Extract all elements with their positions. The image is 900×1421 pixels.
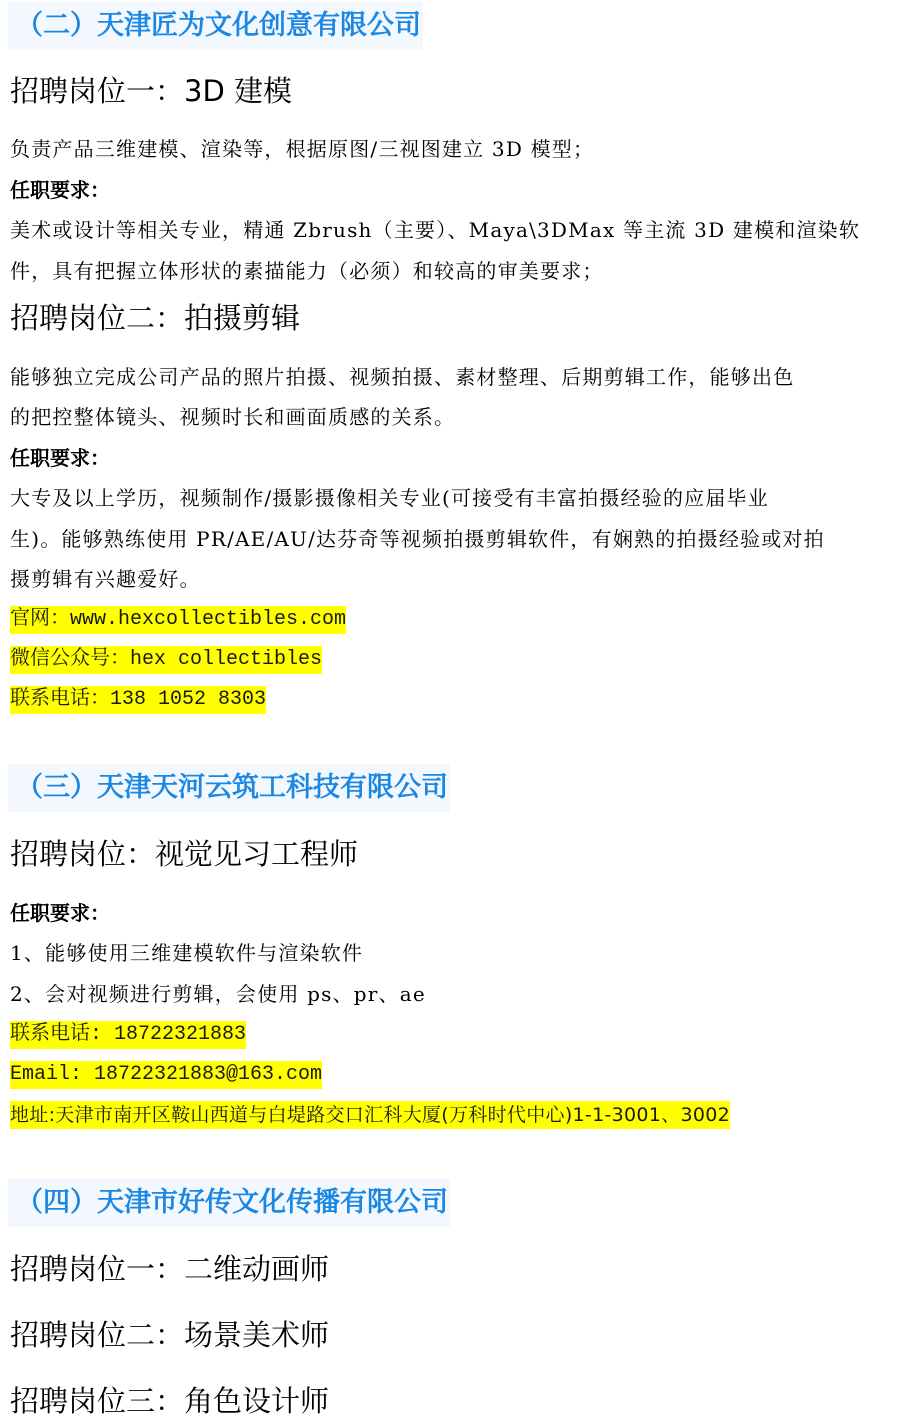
requirement-line: 美术或设计等相关专业，精通 Zbrush（主要）、Maya\3DMax 等主流 …: [10, 210, 860, 250]
company-heading: （四）天津市好传文化传播有限公司: [8, 1179, 450, 1227]
requirement-line: 生)。能够熟练使用 PR/AE/AU/达芬奇等视频拍摄剪辑软件，有娴熟的拍摄经验…: [10, 519, 825, 559]
requirements-label: 任职要求：: [10, 893, 110, 933]
wechat-account: 微信公众号：hex collectibles: [10, 646, 322, 674]
company-heading: （二）天津匠为文化创意有限公司: [8, 2, 423, 50]
requirement-line: 件，具有把握立体形状的素描能力（必须）和较高的审美要求；: [10, 251, 604, 291]
requirement-line: 2、会对视频进行剪辑，会使用 ps、pr、ae: [10, 974, 426, 1014]
requirements-label: 任职要求：: [10, 170, 110, 210]
job-title: 招聘岗位二：拍摄剪辑: [10, 298, 300, 338]
job-title: 招聘岗位二：场景美术师: [10, 1315, 329, 1355]
contact-phone: 联系电话：138 1052 8303: [10, 686, 266, 714]
job-title: 招聘岗位三：角色设计师: [10, 1381, 329, 1421]
contact-email[interactable]: Email: 18722321883@163.com: [10, 1061, 322, 1089]
requirement-line: 摄剪辑有兴趣爱好。: [10, 559, 201, 599]
job-title: 招聘岗位一：3D 建模: [10, 71, 292, 111]
job-title: 招聘岗位：视觉见习工程师: [10, 834, 358, 874]
job-description: 能够独立完成公司产品的照片拍摄、视频拍摄、素材整理、后期剪辑工作，能够出色: [10, 357, 794, 397]
job-description: 的把控整体镜头、视频时长和画面质感的关系。: [10, 397, 455, 437]
job-title: 招聘岗位一：二维动画师: [10, 1249, 329, 1289]
contact-address: 地址:天津市南开区鞍山西道与白堤路交口汇科大厦(万科时代中心)1-1-3001、…: [10, 1101, 730, 1129]
website-link[interactable]: 官网：www.hexcollectibles.com: [10, 606, 346, 634]
contact-phone: 联系电话: 18722321883: [10, 1021, 246, 1049]
company-heading: （三）天津天河云筑工科技有限公司: [8, 764, 450, 812]
job-description: 负责产品三维建模、渲染等，根据原图/三视图建立 3D 模型；: [10, 129, 594, 169]
requirements-label: 任职要求：: [10, 438, 110, 478]
requirement-line: 大专及以上学历，视频制作/摄影摄像相关专业(可接受有丰富拍摄经验的应届毕业: [10, 478, 769, 518]
requirement-line: 1、能够使用三维建模软件与渲染软件: [10, 933, 363, 973]
